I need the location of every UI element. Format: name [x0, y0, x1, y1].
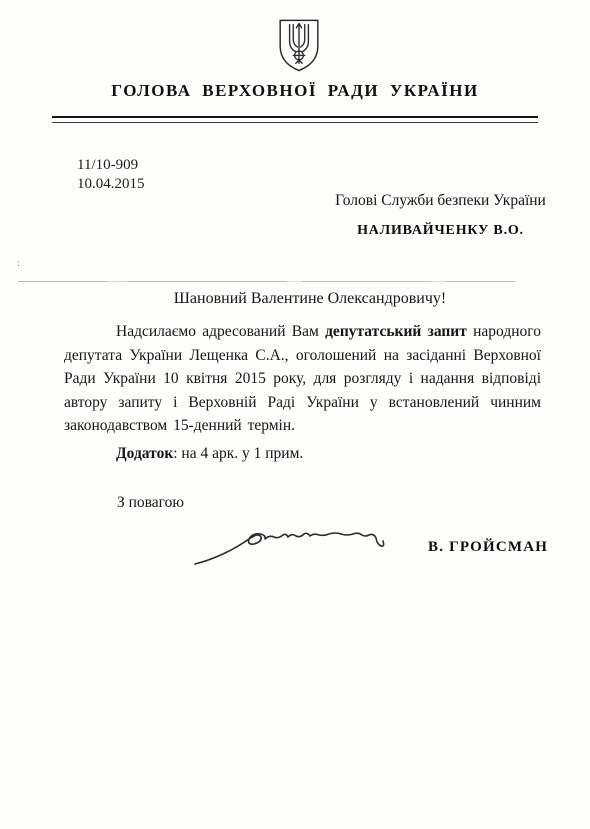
body-paragraph: Надсилаємо адресований Вам депутатський … — [64, 320, 541, 438]
scan-artifact-mark: : — [17, 257, 20, 269]
paragraph-lead: Надсилаємо адресований Вам — [116, 323, 325, 340]
scanned-letter-page: ГОЛОВА ВЕРХОВНОЇ РАДИ УКРАЇНИ 11/10-909 … — [0, 0, 590, 829]
attachment-note: Додаток: на 4 арк. у 1 прим. — [64, 445, 541, 463]
reference-date: 10.04.2015 — [77, 175, 145, 194]
addressee-position: Голові Служби безпеки України — [330, 192, 551, 210]
salutation: Шановний Валентине Олександровичу! — [70, 290, 550, 308]
reference-block: 11/10-909 10.04.2015 — [77, 156, 145, 194]
attachment-label: Додаток — [116, 445, 173, 462]
ukraine-trident-emblem-icon — [276, 17, 322, 74]
letterhead-title: ГОЛОВА ВЕРХОВНОЇ РАДИ УКРАЇНИ — [0, 81, 590, 101]
reference-number: 11/10-909 — [77, 156, 145, 175]
closing-phrase: З повагою — [117, 494, 184, 512]
handwritten-signature-icon — [193, 524, 389, 568]
signer-name: В. ГРОЙСМАН — [428, 539, 548, 556]
attachment-text: : на 4 арк. у 1 прим. — [173, 445, 303, 462]
scan-noise-speckles — [0, 0, 1, 1]
paragraph-bold-phrase: депутатський запит — [325, 323, 467, 340]
addressee-name: НАЛИВАЙЧЕНКУ В.О. — [330, 223, 551, 239]
addressee-block: Голові Служби безпеки України НАЛИВАЙЧЕН… — [330, 192, 551, 239]
letterhead-divider — [52, 116, 538, 123]
scan-artifact-line — [18, 281, 515, 282]
